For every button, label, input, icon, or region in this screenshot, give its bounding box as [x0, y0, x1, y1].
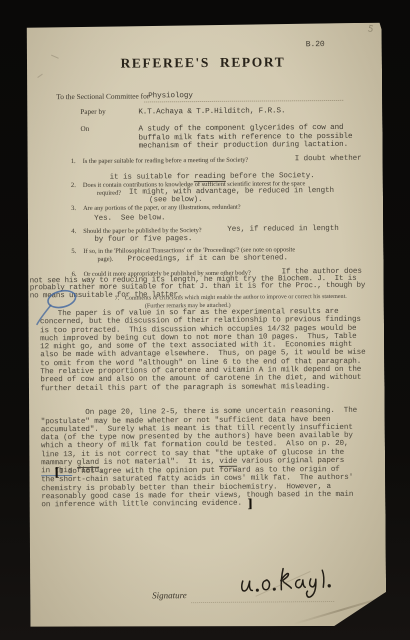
- q7-number: 7.: [115, 296, 120, 302]
- paper-by-value: K.T.Achaya & T.P.Hilditch, F.R.S.: [138, 107, 285, 116]
- q2-number: 2.: [71, 182, 76, 189]
- pencil-mark: [37, 74, 42, 78]
- pencil-corner-mark: 5: [367, 24, 375, 35]
- referee-report-sheet: 5 B.20 REFEREE'S REPORT To the Sectional…: [25, 23, 387, 629]
- comments-paragraph-1: The paper is of value in so far as the e…: [40, 308, 366, 394]
- q1-number: 1.: [71, 158, 76, 165]
- signature-label: Signature: [152, 590, 187, 600]
- q3-number: 3.: [71, 205, 76, 212]
- q4-answer: Yes, if reduced in length: [227, 225, 338, 234]
- q3-printed: Are any portions of the paper, or any il…: [83, 204, 241, 213]
- q7-printed: Comments or criticisms which might enabl…: [125, 294, 347, 302]
- committee-value: Physiology: [148, 92, 193, 101]
- signature-handwriting: H. D. Kay.: [236, 557, 339, 610]
- q1-answer: I doubt whether: [295, 155, 362, 164]
- committee-label: To the Sectional Committee for: [56, 92, 149, 100]
- subject-label: On: [80, 126, 89, 134]
- q4-answer-line2: by four or five pages.: [94, 235, 192, 244]
- ink-bracket-close: ]: [247, 497, 253, 511]
- q5-answer: Proceedings, if it can be shortened.: [127, 254, 288, 264]
- q2-printed-line2: required?: [97, 190, 121, 198]
- comments-paragraph-3: I do not agree with the opinion put forw…: [41, 466, 353, 510]
- ref-number: B.20: [306, 41, 325, 49]
- typed-underline: vide: [219, 458, 237, 467]
- page-title: REFEREE'S REPORT: [25, 54, 381, 73]
- q3-answer: Yes. See below.: [94, 214, 165, 223]
- q5-number: 5.: [71, 248, 76, 255]
- photographed-document: 5 B.20 REFEREE'S REPORT To the Sectional…: [0, 0, 410, 640]
- paragraph-text: various original papers: [237, 457, 344, 466]
- paragraph-text: is not material". It is,: [99, 458, 219, 467]
- subject-value: A study of the component glycerides of c…: [138, 124, 352, 151]
- paper-by-label: Paper by: [80, 109, 105, 117]
- q4-number: 4.: [71, 228, 76, 235]
- q5-printed-line2: page).: [97, 256, 113, 264]
- ink-bracket-open: [: [54, 465, 60, 479]
